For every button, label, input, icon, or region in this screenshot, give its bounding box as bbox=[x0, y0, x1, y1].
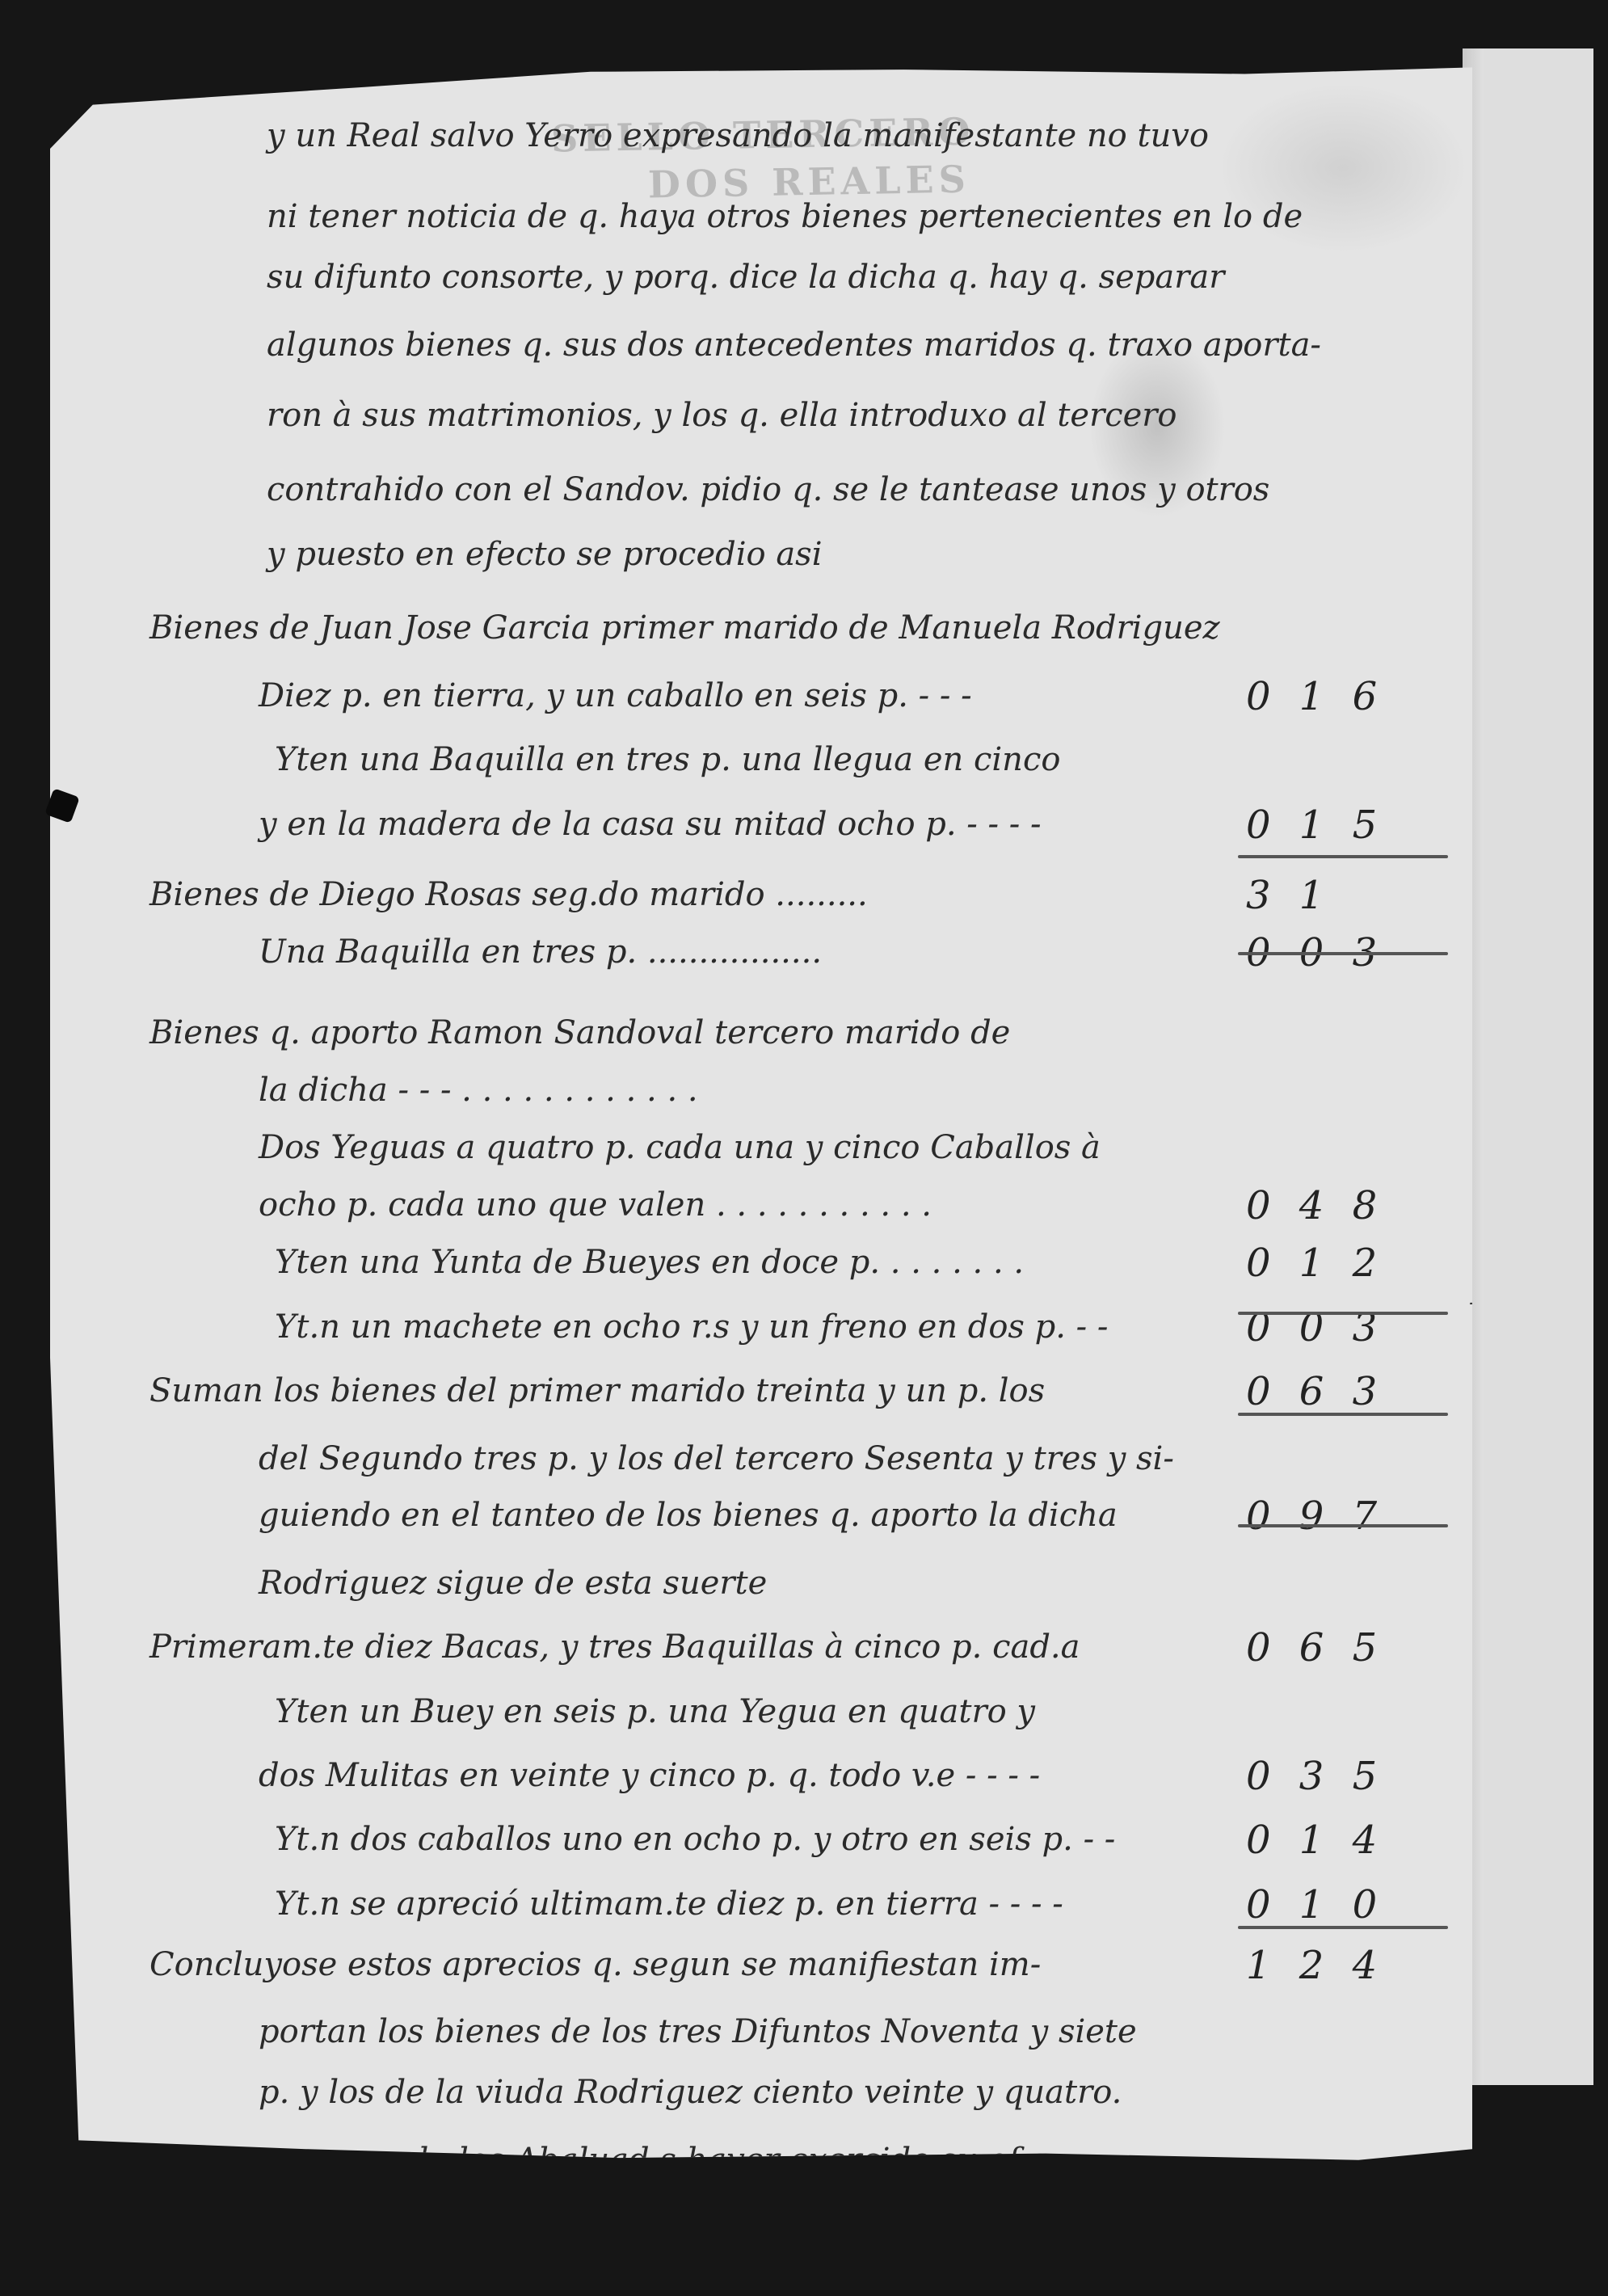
manuscript-line: Yten una Yunta de Bueyes en doce p. . . … bbox=[275, 1244, 1406, 1281]
subtotal-rule bbox=[1238, 1524, 1448, 1527]
manuscript-line: Diez p. en tierra, y un caballo en seis … bbox=[259, 677, 1390, 714]
manuscript-line: Suman los bienes del primer marido trein… bbox=[149, 1372, 1281, 1409]
manuscript-line: dos Mulitas en veinte y cinco p. q. todo… bbox=[259, 1757, 1390, 1794]
manuscript-line: y puesto en efecto se procedio asi bbox=[267, 536, 1398, 573]
amount-value: 0 6 3 bbox=[1246, 1369, 1385, 1414]
manuscript-line: algunos bienes q. sus dos antecedentes m… bbox=[267, 326, 1398, 364]
manuscript-line: p. y los de la viuda Rodriguez ciento ve… bbox=[259, 2074, 1390, 2111]
subtotal-rule bbox=[1238, 855, 1448, 858]
amount-value: 0 3 5 bbox=[1246, 1754, 1385, 1799]
manuscript-line: Bienes q. aporto Ramon Sandoval tercero … bbox=[149, 1014, 1281, 1051]
amount-value: 3 1 bbox=[1246, 873, 1332, 918]
manuscript-page: SELLO TERCERO DOS REALES y un Real salvo… bbox=[50, 39, 1472, 2237]
manuscript-line: Bienes de Diego Rosas seg.do marido ....… bbox=[149, 876, 1281, 913]
manuscript-line: ni tener noticia de q. haya otros bienes… bbox=[267, 198, 1398, 235]
manuscript-line: expresando los Abaluad.s haver exercido … bbox=[259, 2142, 1390, 2179]
amount-value: 0 1 4 bbox=[1246, 1818, 1385, 1863]
total-rule bbox=[1238, 1926, 1448, 1929]
manuscript-line: ron à sus matrimonios, y los q. ella int… bbox=[267, 397, 1398, 434]
manuscript-line: Dos Yeguas a quatro p. cada una y cinco … bbox=[259, 1129, 1390, 1166]
subtotal-rule bbox=[1238, 952, 1448, 955]
manuscript-line: Rodriguez sigue de esta suerte bbox=[259, 1565, 1390, 1602]
manuscript-line: Yten un Buey en seis p. una Yegua en qua… bbox=[275, 1693, 1406, 1730]
manuscript-line: y en la madera de la casa su mitad ocho … bbox=[259, 806, 1390, 843]
manuscript-line: la dicha - - - . . . . . . . . . . . . bbox=[259, 1072, 1390, 1109]
manuscript-line: portan los bienes de los tres Difuntos N… bbox=[259, 2013, 1390, 2050]
manuscript-line: como lo tienen ofrecido, y porq. los bie… bbox=[259, 2205, 1390, 2243]
amount-value: 0 6 5 bbox=[1246, 1625, 1385, 1670]
amount-value: 0 1 6 bbox=[1246, 674, 1385, 719]
manuscript-line: Bienes de Juan Jose Garcia primer marido… bbox=[149, 609, 1281, 647]
manuscript-line: Yt.n un machete en ocho r.s y un freno e… bbox=[275, 1308, 1406, 1346]
amount-value: 0 4 8 bbox=[1246, 1183, 1385, 1228]
amount-value: 0 1 2 bbox=[1246, 1241, 1385, 1286]
subtotal-rule bbox=[1238, 1413, 1448, 1416]
manuscript-line: Una Baquilla en tres p. ................… bbox=[259, 933, 1390, 971]
manuscript-line: Yt.n dos caballos uno en ocho p. y otro … bbox=[275, 1821, 1406, 1858]
manuscript-line: Yt.n se apreció ultimam.te diez p. en ti… bbox=[275, 1885, 1406, 1923]
amount-value: 0 1 0 bbox=[1246, 1882, 1385, 1927]
manuscript-line: Primeram.te diez Bacas, y tres Baquillas… bbox=[149, 1628, 1281, 1666]
manuscript-line: del Segundo tres p. y los del tercero Se… bbox=[259, 1440, 1390, 1477]
manuscript-line: y un Real salvo Yerro expresando la mani… bbox=[267, 117, 1398, 154]
amount-value: 1 2 4 bbox=[1246, 1943, 1385, 1988]
manuscript-line: Yten una Baquilla en tres p. una llegua … bbox=[275, 741, 1406, 778]
amount-value: 0 1 5 bbox=[1246, 803, 1385, 848]
manuscript-line: Concluyose estos aprecios q. segun se ma… bbox=[149, 1946, 1281, 1983]
manuscript-line: guiendo en el tanteo de los bienes q. ap… bbox=[259, 1497, 1390, 1534]
manuscript-line: ocho p. cada uno que valen . . . . . . .… bbox=[259, 1186, 1390, 1224]
amount-value: 0 9 7 bbox=[1246, 1493, 1385, 1539]
subtotal-rule bbox=[1238, 1312, 1448, 1315]
manuscript-line: contrahido con el Sandov. pidio q. se le… bbox=[267, 471, 1398, 508]
manuscript-line: su difunto consorte, y porq. dice la dic… bbox=[267, 259, 1398, 296]
